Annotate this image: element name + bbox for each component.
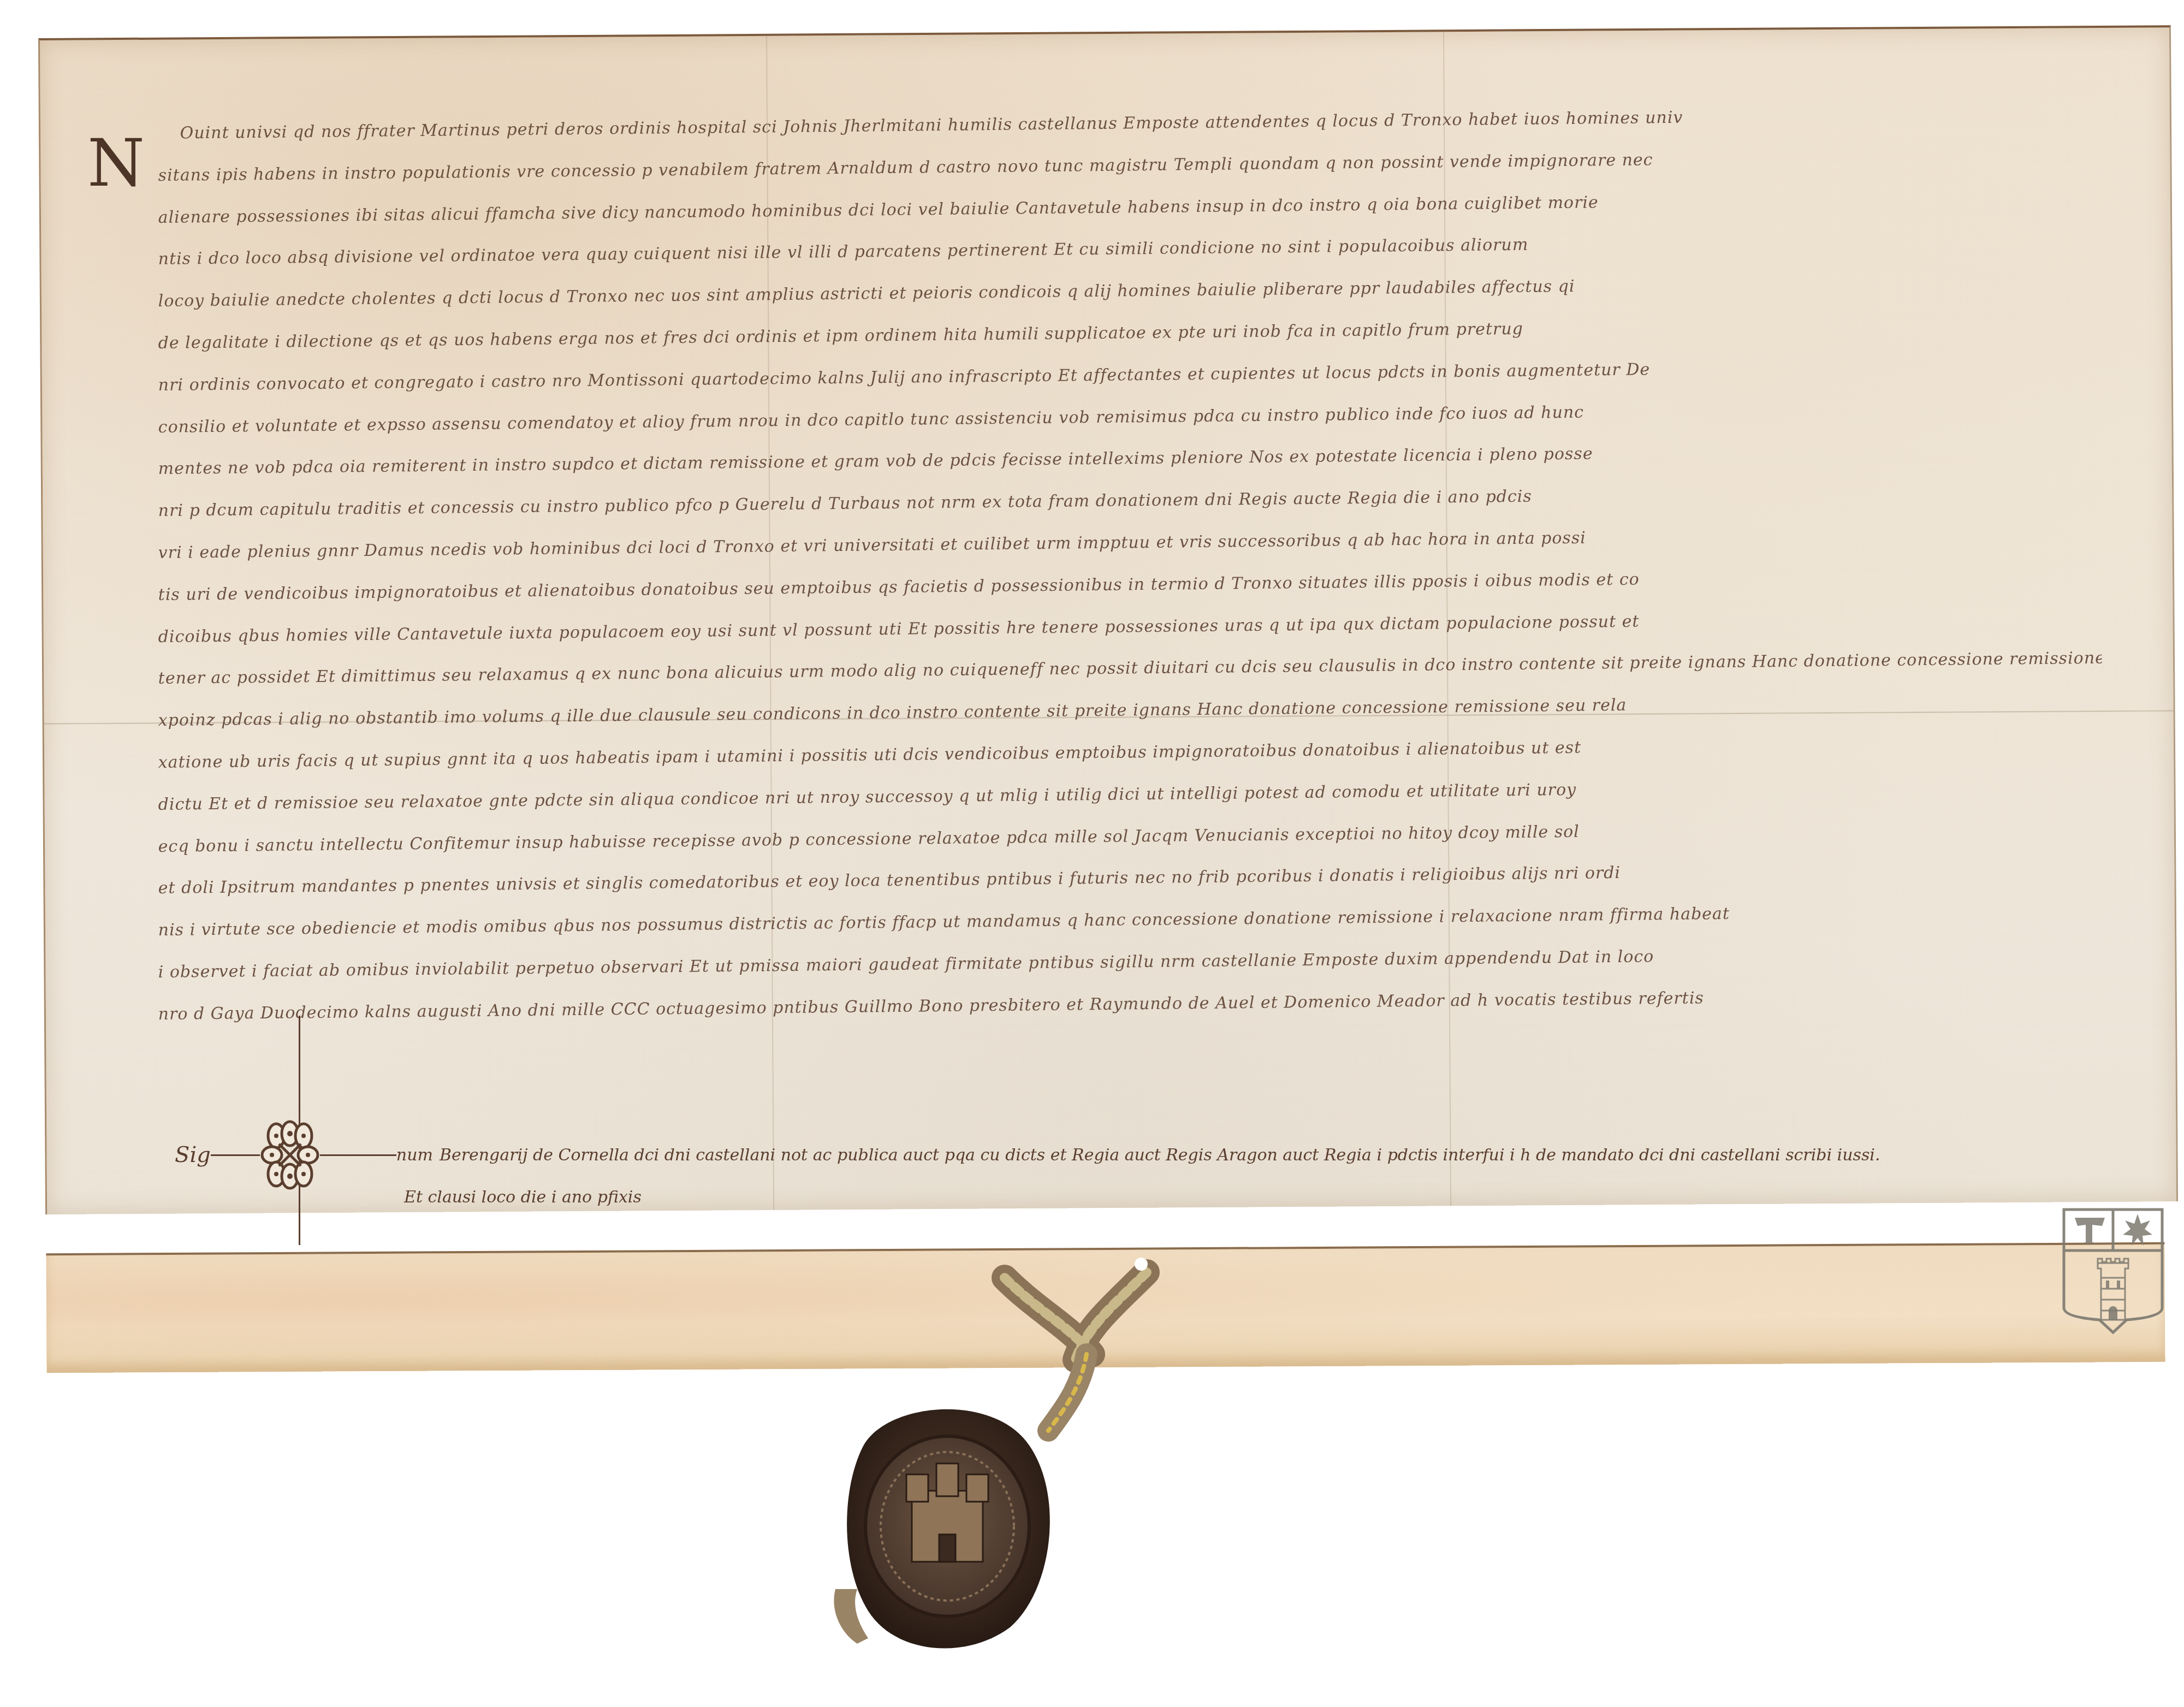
signum-prefix: Sig [175, 1142, 211, 1167]
notary-subscription: Berengarij de Cornella dci dni castellan… [440, 1146, 1880, 1165]
notary-closing: Et clausi loco die i ano pfixis [404, 1188, 642, 1207]
decorated-initial: N [87, 131, 145, 197]
notary-signum: Sig num Berengarij de Cornella dci dni c… [175, 1119, 1880, 1190]
signum-rule [320, 1154, 396, 1156]
wax-seal-icon [824, 1382, 1070, 1660]
notary-knot-icon [260, 1119, 320, 1190]
charter-text: Ouint univsi qd nos ffrater Martinus pet… [158, 126, 2102, 1048]
signum-suffix: num [396, 1146, 433, 1165]
coat-of-arms-icon [2058, 1204, 2168, 1335]
signum-rule [211, 1154, 260, 1156]
